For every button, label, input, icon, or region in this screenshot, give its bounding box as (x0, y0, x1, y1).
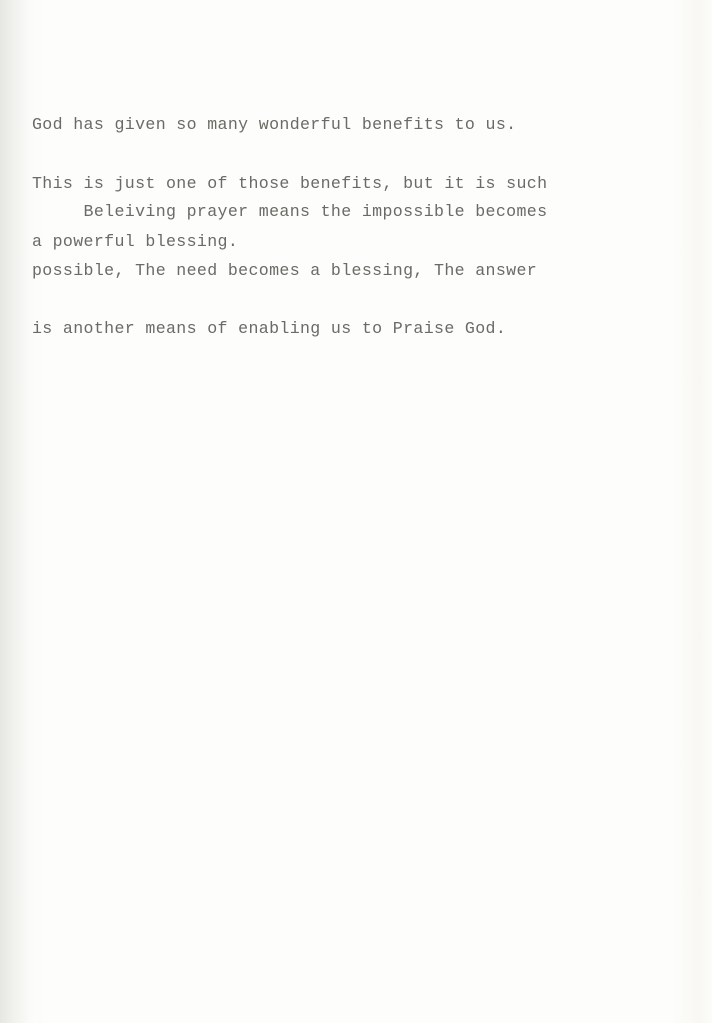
paragraph-believing-prayer: Beleiving prayer means the impossible be… (32, 163, 547, 378)
document-page: God has given so many wonderful benefits… (0, 0, 712, 1023)
text-line: Beleiving prayer means the impossible be… (32, 202, 547, 222)
text-line: God has given so many wonderful benefits… (32, 115, 547, 135)
text-line: possible, The need becomes a blessing, T… (32, 261, 547, 281)
text-line: is another means of enabling us to Prais… (32, 319, 547, 339)
